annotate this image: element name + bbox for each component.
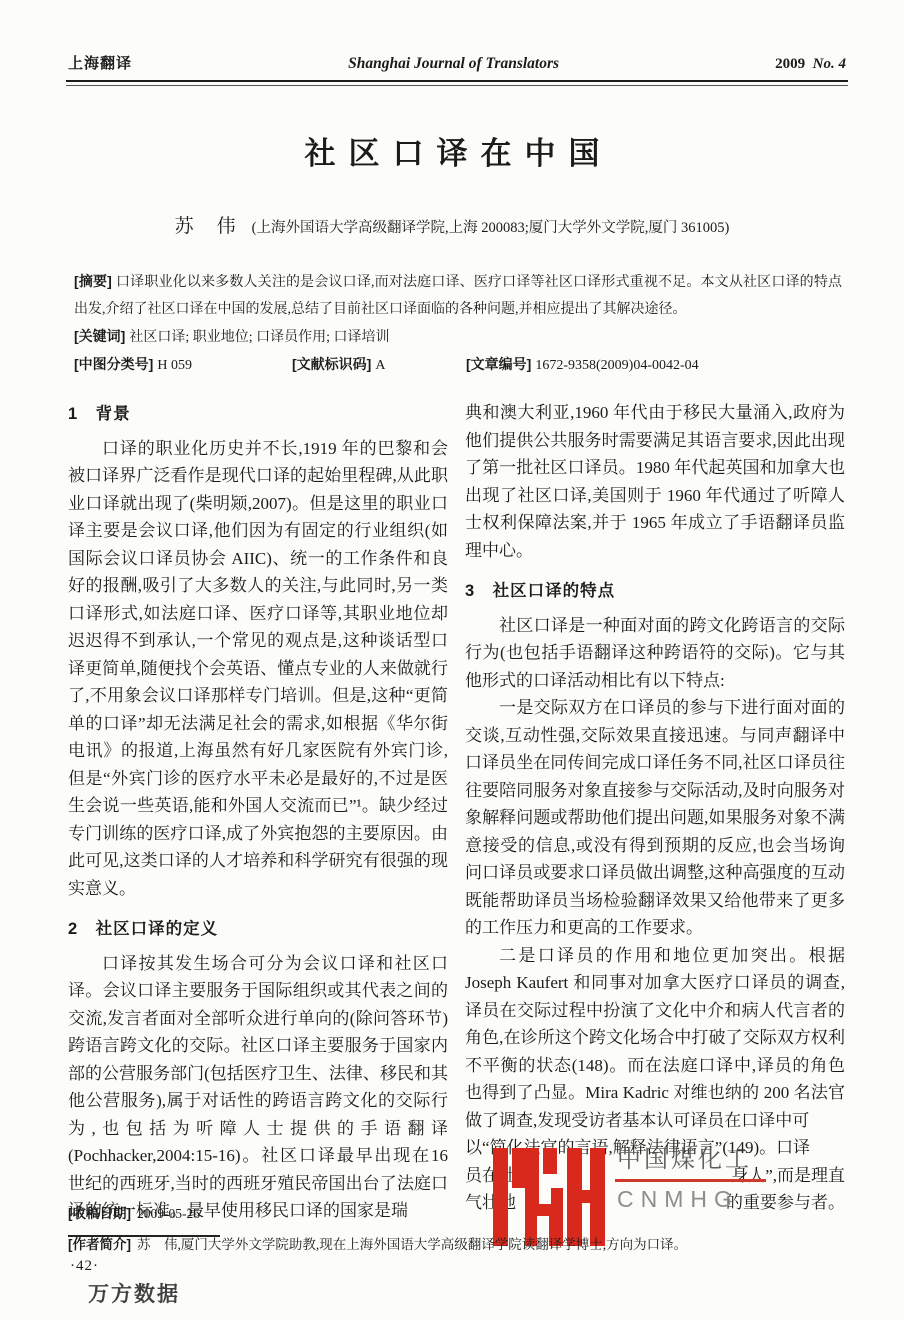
section-3-heading: 3 社区口译的特点 bbox=[465, 578, 845, 606]
abstract: [摘要]口译职业化以来多数人关注的是会议口译,而对法庭口译、医疗口译等社区口译形… bbox=[74, 268, 842, 323]
section-2-heading: 2 社区口译的定义 bbox=[68, 916, 448, 944]
document-code: [文献标识码]A bbox=[292, 351, 466, 379]
page-header: 上海翻译 Shanghai Journal of Translators 200… bbox=[68, 0, 846, 73]
body-columns: 1 背景 口译的职业化历史并不长,1919 年的巴黎和会被口译界广泛看作是现代口… bbox=[68, 399, 845, 1261]
footnotes: [收稿日期]2009-05-26 [作者简介]苏 伟,厦门大学外文学院助教,现在… bbox=[68, 1198, 848, 1260]
wanfang-data-mark: 万方数据 bbox=[88, 1278, 180, 1308]
article-id-value: 1672-9358(2009)04-0042-04 bbox=[535, 358, 698, 373]
author-bio-label: [作者简介] bbox=[68, 1237, 131, 1252]
author-bio-line: [作者简介]苏 伟,厦门大学外文学院助教,现在上海外国语大学高级翻译学院读翻译学… bbox=[68, 1229, 848, 1260]
clc-number: [中图分类号]H 059 bbox=[74, 351, 292, 379]
abstract-label: [摘要] bbox=[74, 273, 112, 289]
received-date-line: [收稿日期]2009-05-26 bbox=[68, 1198, 848, 1229]
article-title: 社区口译在中国 bbox=[0, 128, 904, 173]
section-3-paragraph-1: 社区口译是一种面对面的跨文化跨语言的交际行为(也包括手语翻译这种跨语符的交际)。… bbox=[465, 612, 845, 695]
journal-title-cn: 上海翻译 bbox=[68, 52, 132, 73]
issue-info: 2009 No. 4 bbox=[775, 56, 846, 73]
left-column: 1 背景 口译的职业化历史并不长,1919 年的巴黎和会被口译界广泛看作是现代口… bbox=[68, 399, 448, 1261]
section-1-heading: 1 背景 bbox=[68, 401, 448, 429]
article-id: [文章编号]1672-9358(2009)04-0042-04 bbox=[466, 351, 842, 379]
issue-year: 2009 bbox=[775, 56, 805, 72]
doc-code-label: [文献标识码] bbox=[292, 356, 371, 372]
section-3-paragraph-3: 二是口译员的作用和地位更加突出。根据 Joseph Kaufert 和同事对加拿… bbox=[465, 942, 845, 1135]
author-affiliation: (上海外国语大学高级翻译学院,上海 200083;厦门大学外文学院,厦门 361… bbox=[252, 220, 730, 236]
section-1-paragraph: 口译的职业化历史并不长,1919 年的巴黎和会被口译界广泛看作是现代口译的起始里… bbox=[68, 435, 448, 903]
issue-number: No. 4 bbox=[813, 56, 846, 72]
journal-title-en: Shanghai Journal of Translators bbox=[348, 55, 559, 73]
journal-page: 上海翻译 Shanghai Journal of Translators 200… bbox=[0, 0, 904, 1320]
keywords-text: 社区口译; 职业地位; 口译员作用; 口译培训 bbox=[129, 330, 389, 345]
front-matter: [摘要]口译职业化以来多数人关注的是会议口译,而对法庭口译、医疗口译等社区口译形… bbox=[74, 268, 842, 379]
watermark-cn-text: 中国煤化工 bbox=[615, 1146, 766, 1182]
clc-label: [中图分类号] bbox=[74, 356, 153, 372]
right-column: 典和澳大利亚,1960 年代由于移民大量涌入,政府为他们提供公共服务时需要满足其… bbox=[465, 399, 845, 1261]
keywords: [关键词]社区口译; 职业地位; 口译员作用; 口译培训 bbox=[74, 323, 842, 351]
section-2-continuation: 典和澳大利亚,1960 年代由于移民大量涌入,政府为他们提供公共服务时需要满足其… bbox=[465, 399, 845, 564]
author-line: 苏 伟(上海外国语大学高级翻译学院,上海 200083;厦门大学外文学院,厦门 … bbox=[0, 211, 904, 238]
classification-row: [中图分类号]H 059 [文献标识码]A [文章编号]1672-9358(20… bbox=[74, 351, 842, 379]
author-name: 苏 伟 bbox=[175, 216, 238, 237]
author-bio-value: 苏 伟,厦门大学外文学院助教,现在上海外国语大学高级翻译学院读翻译学博士,方向为… bbox=[137, 1237, 687, 1252]
page-number: ·42· bbox=[70, 1258, 99, 1275]
section-2-paragraph: 口译按其发生场合可分为会议口译和社区口译。会议口译主要服务于国际组织或其代表之间… bbox=[68, 950, 448, 1225]
article-id-label: [文章编号] bbox=[466, 356, 531, 372]
doc-code-value: A bbox=[375, 358, 385, 373]
clc-value: H 059 bbox=[157, 358, 192, 373]
header-rule bbox=[66, 80, 848, 86]
section-3-paragraph-2: 一是交际双方在口译员的参与下进行面对面的交谈,互动性强,交际效果直接迅速。与同声… bbox=[465, 694, 845, 942]
received-date-value: 2009-05-26 bbox=[137, 1206, 200, 1221]
received-date-label: [收稿日期] bbox=[68, 1206, 131, 1221]
abstract-text: 口译职业化以来多数人关注的是会议口译,而对法庭口译、医疗口译等社区口译形式重视不… bbox=[74, 275, 842, 317]
keywords-label: [关键词] bbox=[74, 328, 125, 344]
